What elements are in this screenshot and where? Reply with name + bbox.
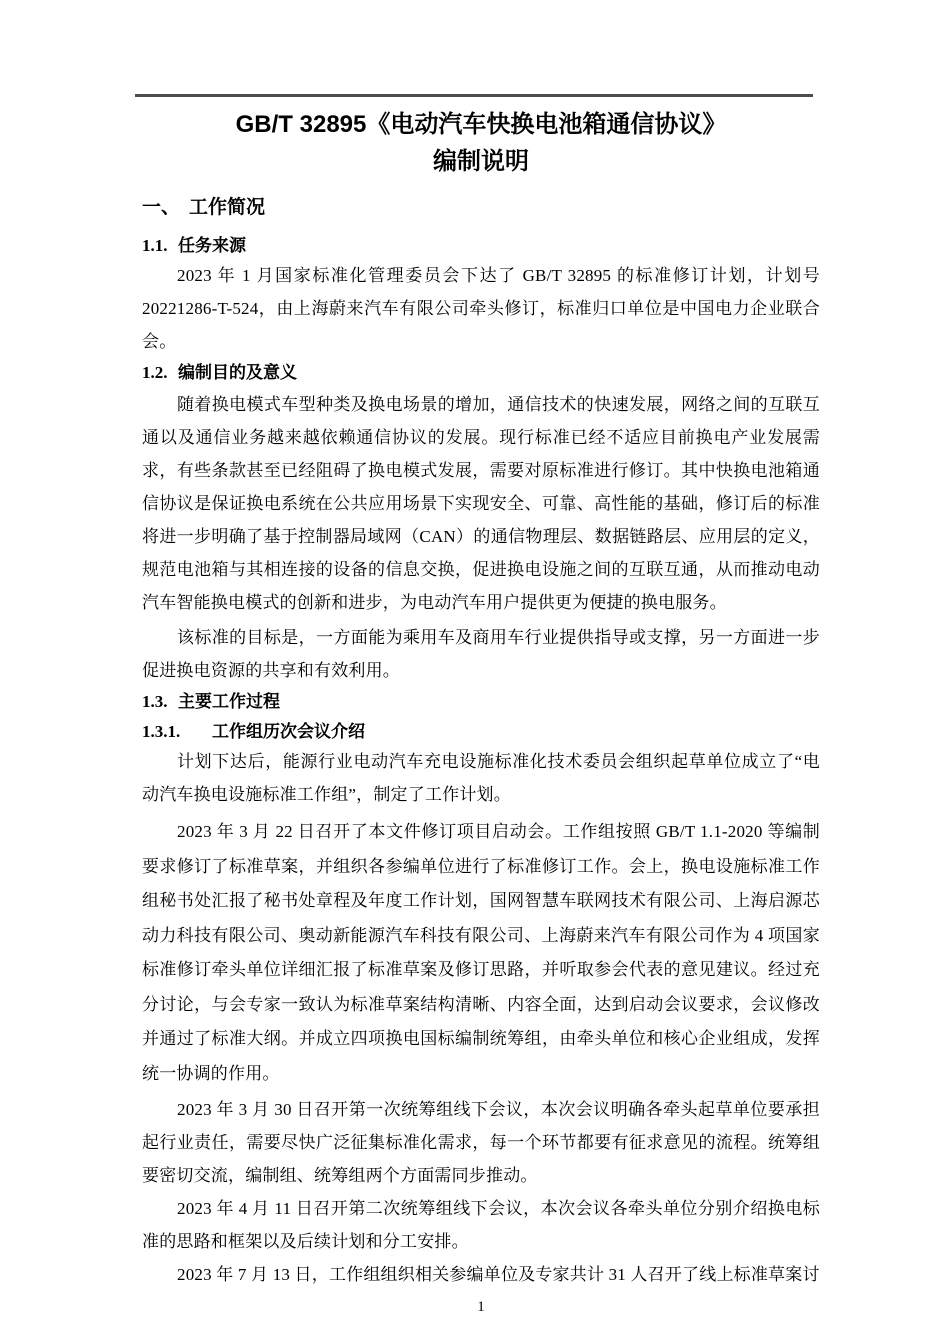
subsection-heading-work-process: 1.3.主要工作过程 [142, 689, 820, 715]
document-page: GB/T 32895《电动汽车快换电池箱通信协议》 编制说明 一、工作简况 1.… [0, 0, 950, 1344]
para-meeting-0713: 2023 年 7 月 13 日，工作组组织相关参编单位及专家共计 31 人召开了… [142, 1258, 820, 1291]
para-kickoff-meeting: 2023 年 3 月 22 日召开了本文件修订项目启动会。工作组按照 GB/T … [142, 815, 820, 1091]
page-number: 1 [142, 1295, 820, 1319]
subsection-heading-purpose: 1.2.编制目的及意义 [142, 360, 820, 386]
document-title: GB/T 32895《电动汽车快换电池箱通信协议》 编制说明 [142, 106, 820, 180]
heading-number: 一、 [142, 194, 189, 221]
para-meeting-0411: 2023 年 4 月 11 日召开第二次统筹组线下会议，本次会议各牵头单位分别介… [142, 1192, 820, 1258]
heading-number: 1.1. [142, 233, 178, 259]
para-task-source: 2023 年 1 月国家标准化管理委员会下达了 GB/T 32895 的标准修订… [142, 259, 820, 358]
para-goal: 该标准的目标是，一方面能为乘用车及商用车行业提供指导或支撑，另一方面进一步促进换… [142, 621, 820, 687]
heading-text: 主要工作过程 [178, 692, 280, 711]
section-heading-work-overview: 一、工作简况 [142, 194, 820, 221]
heading-text: 任务来源 [178, 236, 246, 255]
document-title-line-2: 编制说明 [142, 143, 820, 180]
para-meeting-0330: 2023 年 3 月 30 日召开第一次统筹组线下会议，本次会议明确各牵头起草单… [142, 1093, 820, 1192]
heading-text: 编制目的及意义 [178, 363, 297, 382]
heading-text: 工作简况 [189, 197, 265, 218]
header-rule [135, 94, 813, 97]
heading-number: 1.3. [142, 689, 178, 715]
para-plan-issued: 计划下达后，能源行业电动汽车充电设施标准化技术委员会组织起草单位成立了“电动汽车… [142, 745, 820, 811]
document-content: GB/T 32895《电动汽车快换电池箱通信协议》 编制说明 一、工作简况 1.… [0, 0, 950, 1319]
subsection-heading-task-source: 1.1.任务来源 [142, 233, 820, 259]
para-purpose: 随着换电模式车型种类及换电场景的增加，通信技术的快速发展，网络之间的互联互通以及… [142, 388, 820, 619]
heading-text: 工作组历次会议介绍 [212, 722, 365, 741]
heading-number: 1.3.1. [142, 719, 212, 745]
document-title-line-1: GB/T 32895《电动汽车快换电池箱通信协议》 [142, 106, 820, 143]
subsection-heading-meetings-intro: 1.3.1.工作组历次会议介绍 [142, 719, 820, 745]
heading-number: 1.2. [142, 360, 178, 386]
